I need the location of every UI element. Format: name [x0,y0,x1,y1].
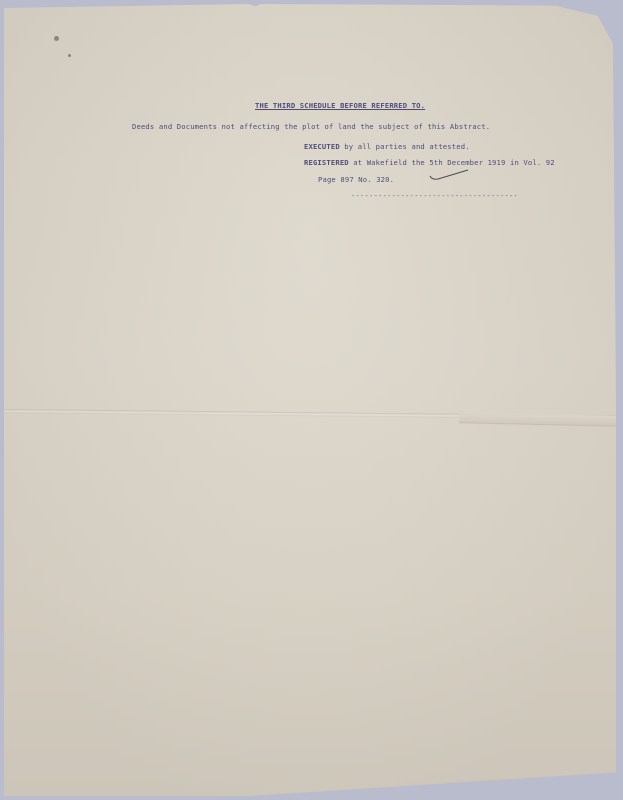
pen-tick-mark [428,168,470,182]
paper-fold-flap [459,412,619,427]
separator-line: ------------------------------------- [351,192,518,200]
page-number-line: Page 897 No. 320. [318,175,394,184]
ink-spot [54,36,59,41]
registered-line: REGISTERED at Wakefield the 5th December… [304,158,555,167]
ink-spot [68,54,71,57]
document-page: THE THIRD SCHEDULE BEFORE REFERRED TO. D… [4,4,616,796]
registered-text: at Wakefield the 5th December 1919 in Vo… [349,158,555,167]
schedule-heading: THE THIRD SCHEDULE BEFORE REFERRED TO. [255,101,425,110]
executed-text: by all parties and attested. [340,142,470,151]
executed-keyword: EXECUTED [304,142,340,151]
intro-line: Deeds and Documents not affecting the pl… [132,122,490,131]
registered-keyword: REGISTERED [304,158,349,167]
executed-line: EXECUTED by all parties and attested. [304,142,470,151]
